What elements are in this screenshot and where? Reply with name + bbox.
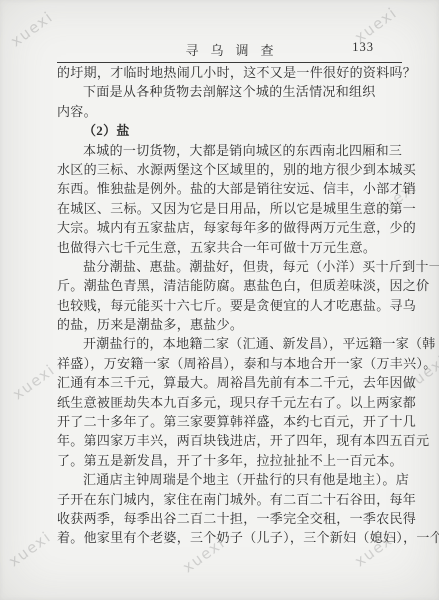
text-line: 着。他家里有个老婆，三个奶子（儿子），三个新妇（媳妇），一个 <box>57 528 417 547</box>
page-header: 寻乌调查 133 <box>57 40 402 60</box>
body-text: 的圩期，才临时地热闹几小时，这不又是一件很好的资料吗？ 下面是从各种货物去剖解这… <box>57 63 417 548</box>
text-line: 大宗。城内有五家盐店，每家每年多的做得两万元生意，少的 <box>57 218 417 237</box>
header-title: 寻乌调查 <box>57 40 402 59</box>
text-line: 的圩期，才临时地热闹几小时，这不又是一件很好的资料吗？ <box>57 63 417 82</box>
text-line: 纸生意被匪劫失本九百多元，现只存千元左右了。以上两家都 <box>57 393 417 412</box>
text-line: 水区的三标、水源两堡这个区域里的，别的地方很少到本城买 <box>57 160 417 179</box>
watermark: xuexi <box>7 8 56 51</box>
text-line: 汇通有本三千元，算最大。周裕昌先前有本二千元，去年因做 <box>57 373 417 392</box>
watermark: xuexi <box>9 361 58 404</box>
page-number: 133 <box>352 40 374 55</box>
text-line: 收获两季，每季出谷二百二十担，一季完全交租，一季农民得 <box>57 509 417 528</box>
text-line: 也做得六七千元生意，五家共合一年可做十万元生意。 <box>57 238 417 257</box>
text-line: 内容。 <box>57 102 417 121</box>
text-line: 斤。潮盐色青黑，清洁能防腐。惠盐色白，但质差味淡，因之价 <box>57 276 417 295</box>
watermark: xuexi <box>5 528 54 571</box>
text-line: 了。第五是新发昌，开了十多年，拉拉扯扯不上一百元本。 <box>57 451 417 470</box>
text-line: 开了二十多年了。第三家要算韩祥盛，本约七百元，开了十几 <box>57 412 417 431</box>
text-line: 盐分潮盐、惠盐。潮盐好，但贵，每元（小洋）买十斤到十一 <box>57 257 417 276</box>
text-line: 开潮盐行的，本地籍二家（汇通、新发昌），平远籍一家（韩 <box>57 334 417 353</box>
text-line: 本城的一切货物，大都是销向城区的东西南北四厢和三 <box>57 141 417 160</box>
text-line: 也较贱，每元能买十六七斤。要是贪便宜的人才吃惠盐。寻乌 <box>57 296 417 315</box>
section-heading: （2）盐 <box>57 121 417 140</box>
text-line: 年。第四家万丰兴，两百块钱进店，开了四年，现有本四五百元 <box>57 431 417 450</box>
text-line: 祥盛），万安籍一家（周裕昌），泰和与本地合开一家（万丰兴）。 <box>57 354 417 373</box>
text-line: 东西。惟独盐是例外。盐的大部是销往安远、信丰，小部才销 <box>57 179 417 198</box>
text-line: 下面是从各种货物去剖解这个城的生活情况和组织 <box>57 82 417 101</box>
text-line: 的盐，历来是潮盐多，惠盐少。 <box>57 315 417 334</box>
text-line: 在城区、三标。又因为它是日用品，所以它是城里生意的第一 <box>57 199 417 218</box>
text-line: 汇通店主钟周瑞是个地主（开盐行的只有他是地主）。店 <box>57 470 417 489</box>
text-line: 子开在东门城内，家住在南门城外。有二百二十石谷田，每年 <box>57 490 417 509</box>
book-page: xuexi xuexi xuexi xuexi xuexi xuexi xuex… <box>0 0 439 600</box>
